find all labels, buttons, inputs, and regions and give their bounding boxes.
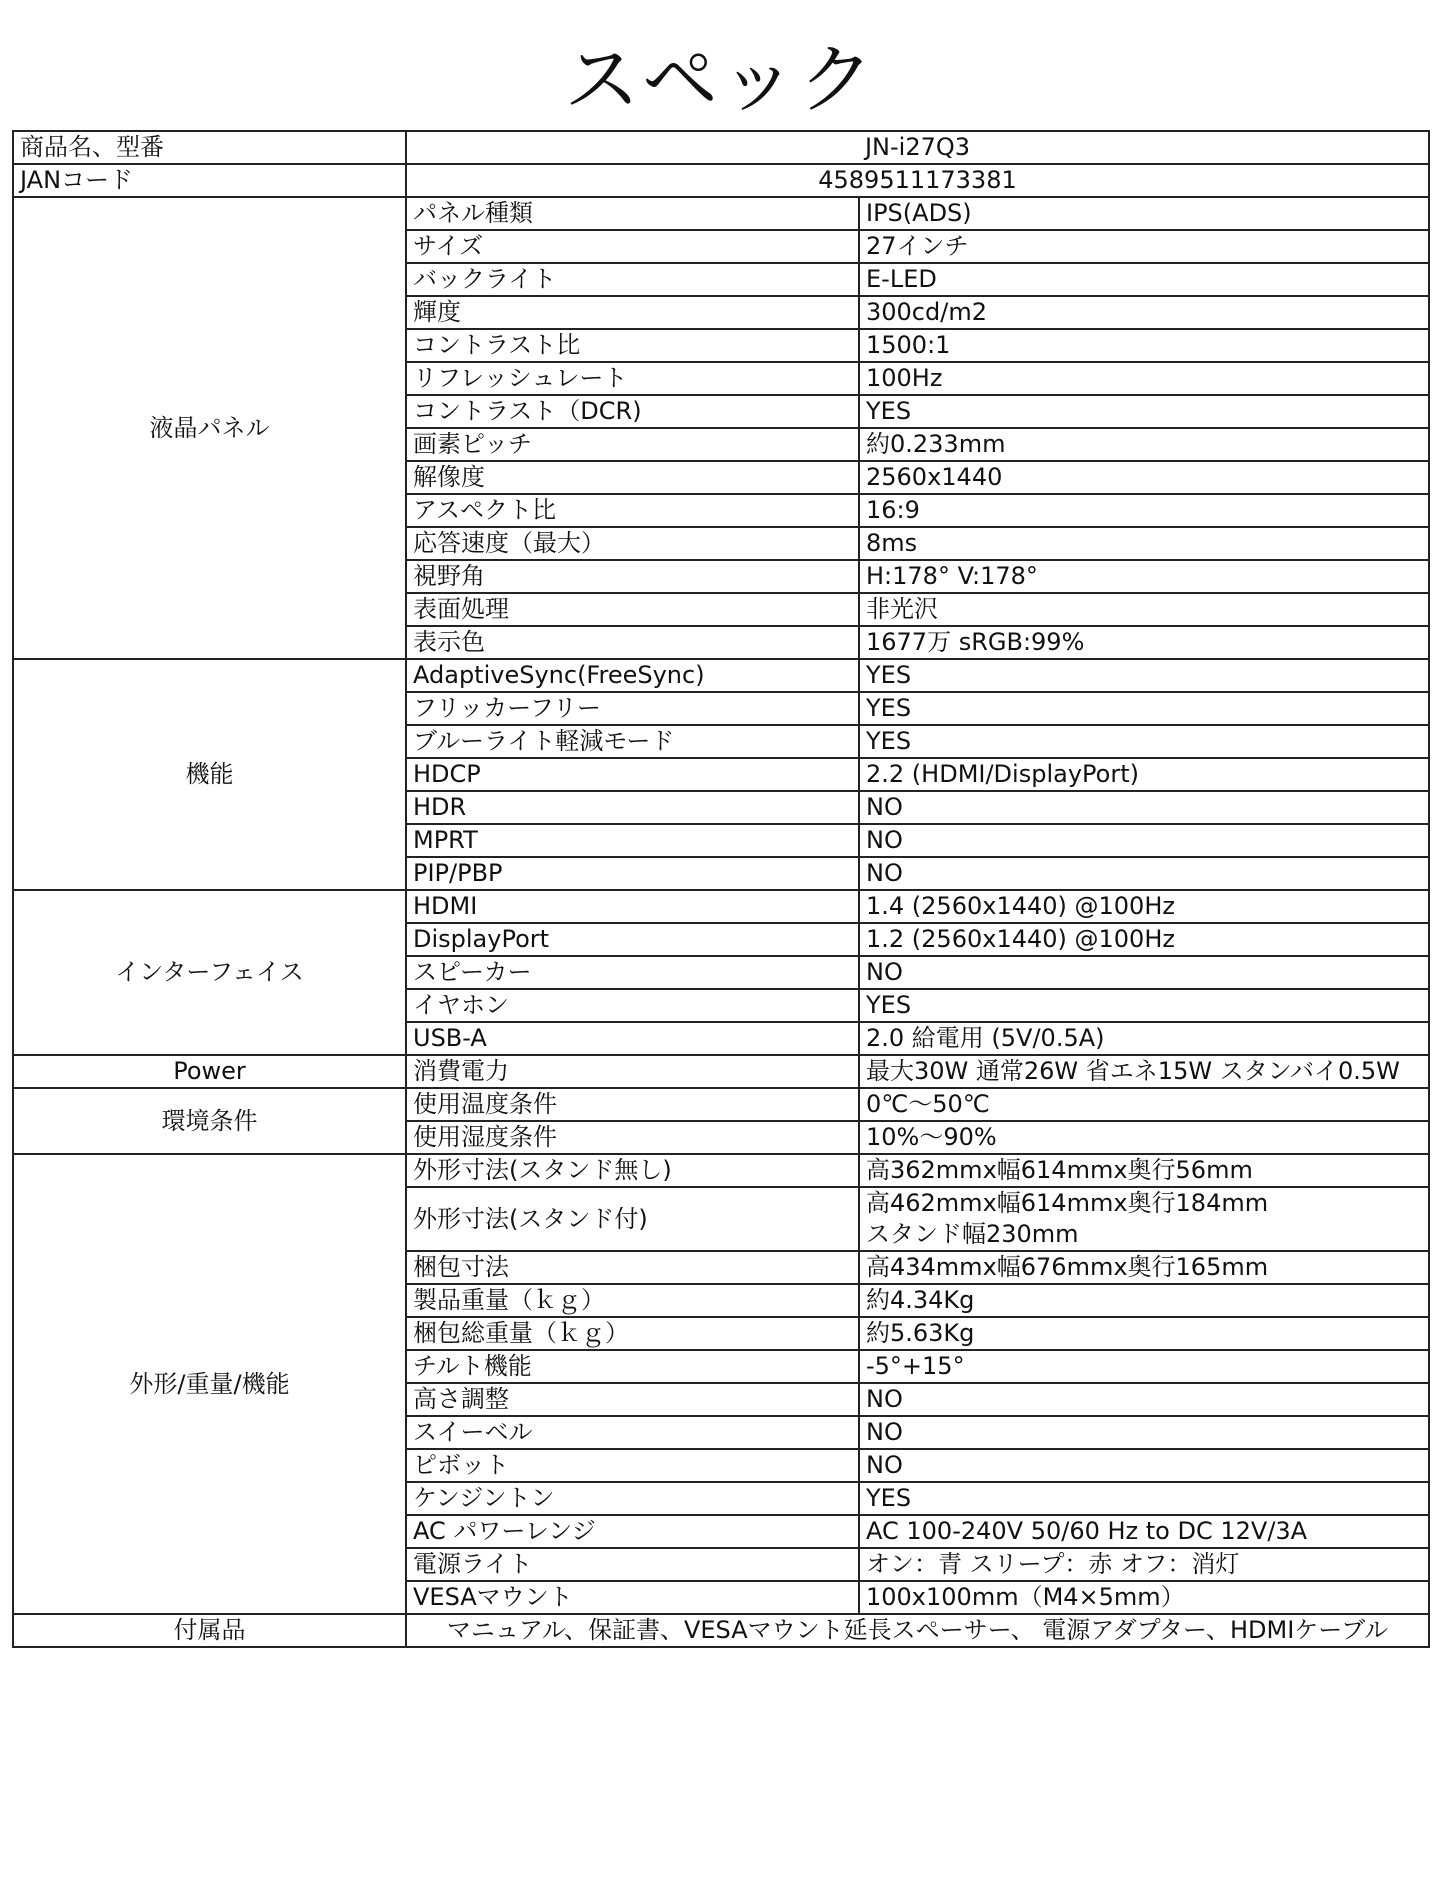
spec-value: 最大30W 通常26W 省エネ15W スタンバイ0.5W bbox=[859, 1055, 1429, 1088]
spec-value-line: 高462mmx幅614mmx奥行184mm bbox=[866, 1188, 1422, 1219]
table-row: Power消費電力最大30W 通常26W 省エネ15W スタンバイ0.5W bbox=[13, 1055, 1429, 1088]
spec-label: イヤホン bbox=[406, 989, 859, 1022]
model-number: JN-i27Q3 bbox=[406, 131, 1429, 164]
spec-value: 16:9 bbox=[859, 494, 1429, 527]
spec-value: 非光沢 bbox=[859, 593, 1429, 626]
spec-label: 解像度 bbox=[406, 461, 859, 494]
spec-value: -5°+15° bbox=[859, 1350, 1429, 1383]
spec-label: 画素ピッチ bbox=[406, 428, 859, 461]
spec-label: 梱包総重量（ｋｇ） bbox=[406, 1317, 859, 1350]
spec-value: 100x100mm（M4×5mm） bbox=[859, 1581, 1429, 1614]
spec-value: NO bbox=[859, 956, 1429, 989]
spec-value: 高462mmx幅614mmx奥行184mmスタンド幅230mm bbox=[859, 1187, 1429, 1251]
spec-label: MPRT bbox=[406, 824, 859, 857]
spec-value: 約4.34Kg bbox=[859, 1284, 1429, 1317]
table-row: 外形/重量/機能外形寸法(スタンド無し)高362mmx幅614mmx奥行56mm bbox=[13, 1154, 1429, 1187]
spec-value: 2.2 (HDMI/DisplayPort) bbox=[859, 758, 1429, 791]
spec-label: 製品重量（ｋｇ） bbox=[406, 1284, 859, 1317]
spec-label: 外形寸法(スタンド無し) bbox=[406, 1154, 859, 1187]
section-category: 液晶パネル bbox=[13, 197, 406, 659]
spec-value: 10%～90% bbox=[859, 1121, 1429, 1154]
spec-label: 使用温度条件 bbox=[406, 1088, 859, 1121]
spec-value: YES bbox=[859, 692, 1429, 725]
spec-value: 約0.233mm bbox=[859, 428, 1429, 461]
section-category: 環境条件 bbox=[13, 1088, 406, 1154]
spec-label: ピボット bbox=[406, 1449, 859, 1482]
spec-value: 100Hz bbox=[859, 362, 1429, 395]
spec-label: 消費電力 bbox=[406, 1055, 859, 1088]
row-label: JANコード bbox=[13, 164, 406, 197]
spec-label: ケンジントン bbox=[406, 1482, 859, 1515]
spec-value: 1.4 (2560x1440) @100Hz bbox=[859, 890, 1429, 923]
spec-label: AdaptiveSync(FreeSync) bbox=[406, 659, 859, 692]
accessories-value: マニュアル、保証書、VESAマウント延長スペーサー、 電源アダプター、HDMIケ… bbox=[406, 1614, 1429, 1647]
accessories-row: 付属品マニュアル、保証書、VESAマウント延長スペーサー、 電源アダプター、HD… bbox=[13, 1614, 1429, 1647]
spec-label: AC パワーレンジ bbox=[406, 1515, 859, 1548]
spec-value: YES bbox=[859, 395, 1429, 428]
spec-value: H:178° V:178° bbox=[859, 560, 1429, 593]
spec-label: パネル種類 bbox=[406, 197, 859, 230]
spec-label: 使用湿度条件 bbox=[406, 1121, 859, 1154]
spec-value: AC 100-240V 50/60 Hz to DC 12V/3A bbox=[859, 1515, 1429, 1548]
spec-value: 27インチ bbox=[859, 230, 1429, 263]
spec-value: YES bbox=[859, 1482, 1429, 1515]
spec-label: チルト機能 bbox=[406, 1350, 859, 1383]
spec-value: 1677万 sRGB:99% bbox=[859, 626, 1429, 659]
table-row: JANコード 4589511173381 bbox=[13, 164, 1429, 197]
spec-value: 1.2 (2560x1440) @100Hz bbox=[859, 923, 1429, 956]
spec-value: NO bbox=[859, 824, 1429, 857]
spec-value: 300cd/m2 bbox=[859, 296, 1429, 329]
spec-label: コントラスト（DCR) bbox=[406, 395, 859, 428]
table-row: 環境条件使用温度条件0℃～50℃ bbox=[13, 1088, 1429, 1121]
accessories-label: 付属品 bbox=[13, 1614, 406, 1647]
spec-label: 電源ライト bbox=[406, 1548, 859, 1581]
page-title: スペック bbox=[0, 30, 1440, 130]
spec-value: E-LED bbox=[859, 263, 1429, 296]
spec-value: YES bbox=[859, 725, 1429, 758]
section-category: 機能 bbox=[13, 659, 406, 890]
spec-label: HDCP bbox=[406, 758, 859, 791]
spec-label: フリッカーフリー bbox=[406, 692, 859, 725]
spec-label: 応答速度（最大） bbox=[406, 527, 859, 560]
spec-value: NO bbox=[859, 791, 1429, 824]
table-row: 液晶パネルパネル種類IPS(ADS) bbox=[13, 197, 1429, 230]
spec-value: 0℃～50℃ bbox=[859, 1088, 1429, 1121]
spec-value: 1500:1 bbox=[859, 329, 1429, 362]
table-row: 機能AdaptiveSync(FreeSync)YES bbox=[13, 659, 1429, 692]
spec-label: PIP/PBP bbox=[406, 857, 859, 890]
spec-value: 2.0 給電用 (5V/0.5A) bbox=[859, 1022, 1429, 1055]
spec-value: YES bbox=[859, 659, 1429, 692]
spec-label: USB-A bbox=[406, 1022, 859, 1055]
spec-label: 視野角 bbox=[406, 560, 859, 593]
section-category: Power bbox=[13, 1055, 406, 1088]
spec-value: 約5.63Kg bbox=[859, 1317, 1429, 1350]
spec-table: 商品名、型番 JN-i27Q3 JANコード 4589511173381 液晶パ… bbox=[12, 130, 1430, 1648]
spec-label: スイーベル bbox=[406, 1416, 859, 1449]
spec-value: NO bbox=[859, 1416, 1429, 1449]
spec-value: 高434mmx幅676mmx奥行165mm bbox=[859, 1251, 1429, 1284]
spec-label: HDR bbox=[406, 791, 859, 824]
spec-label: 高さ調整 bbox=[406, 1383, 859, 1416]
table-row: 商品名、型番 JN-i27Q3 bbox=[13, 131, 1429, 164]
spec-value: NO bbox=[859, 857, 1429, 890]
spec-label: サイズ bbox=[406, 230, 859, 263]
spec-value: オン：青 スリープ：赤 オフ：消灯 bbox=[859, 1548, 1429, 1581]
spec-label: 梱包寸法 bbox=[406, 1251, 859, 1284]
table-row: インターフェイスHDMI1.4 (2560x1440) @100Hz bbox=[13, 890, 1429, 923]
spec-label: バックライト bbox=[406, 263, 859, 296]
jan-code: 4589511173381 bbox=[406, 164, 1429, 197]
spec-label: ブルーライト軽減モード bbox=[406, 725, 859, 758]
spec-value: YES bbox=[859, 989, 1429, 1022]
spec-label: リフレッシュレート bbox=[406, 362, 859, 395]
spec-label: スピーカー bbox=[406, 956, 859, 989]
spec-label: 表面処理 bbox=[406, 593, 859, 626]
spec-value: IPS(ADS) bbox=[859, 197, 1429, 230]
spec-value-line: スタンド幅230mm bbox=[866, 1219, 1422, 1250]
spec-label: アスペクト比 bbox=[406, 494, 859, 527]
section-category: インターフェイス bbox=[13, 890, 406, 1055]
spec-value: 高362mmx幅614mmx奥行56mm bbox=[859, 1154, 1429, 1187]
spec-label: 外形寸法(スタンド付) bbox=[406, 1187, 859, 1251]
spec-label: 輝度 bbox=[406, 296, 859, 329]
spec-label: HDMI bbox=[406, 890, 859, 923]
spec-label: コントラスト比 bbox=[406, 329, 859, 362]
spec-label: VESAマウント bbox=[406, 1581, 859, 1614]
spec-label: 表示色 bbox=[406, 626, 859, 659]
section-category: 外形/重量/機能 bbox=[13, 1154, 406, 1614]
spec-value: 8ms bbox=[859, 527, 1429, 560]
spec-value: NO bbox=[859, 1383, 1429, 1416]
spec-label: DisplayPort bbox=[406, 923, 859, 956]
spec-value: NO bbox=[859, 1449, 1429, 1482]
row-label: 商品名、型番 bbox=[13, 131, 406, 164]
spec-value: 2560x1440 bbox=[859, 461, 1429, 494]
